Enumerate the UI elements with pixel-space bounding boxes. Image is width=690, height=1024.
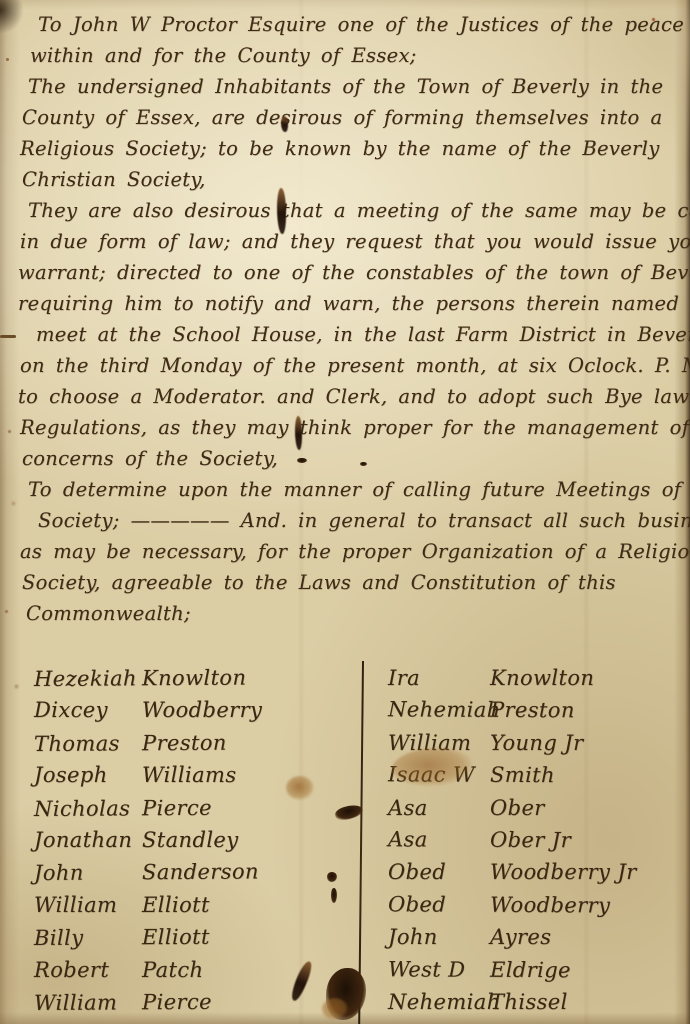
- signature-list: HezekiahKnowlton IraKnowlton DixceyWoodb…: [0, 666, 690, 1022]
- signature-last-name: Smith: [490, 763, 555, 787]
- signature-row: ThomasPreston WilliamYoung Jr: [0, 731, 690, 763]
- signature-last-name: Williams: [142, 763, 237, 787]
- signature-first-name: Thomas: [34, 731, 142, 756]
- signature-row: JohnSanderson ObedWoodberry Jr: [0, 860, 690, 892]
- signature-last-name: Patch: [142, 958, 203, 982]
- signature-first-name: Hezekiah: [34, 666, 142, 691]
- signature-first-name: Joseph: [34, 763, 142, 787]
- signature-first-name: Asa: [388, 796, 490, 820]
- document-line: Christian Society,: [0, 168, 672, 199]
- petition-text: To John W Proctor Esquire one of the Jus…: [0, 13, 672, 633]
- document-line: as may be necessary, for the proper Orga…: [0, 540, 672, 571]
- signature-first-name: Ira: [388, 666, 490, 690]
- document-line: in due form of law; and they request tha…: [0, 230, 672, 261]
- signature-last-name: Elliott: [142, 893, 210, 917]
- signature-last-name: Thissel: [490, 990, 568, 1014]
- document-line: requiring him to notify and warn, the pe…: [0, 292, 672, 323]
- signature-row: BillyElliott JohnAyres: [0, 925, 690, 957]
- signature-last-name: Knowlton: [142, 666, 247, 691]
- signature-first-name: Obed: [388, 892, 490, 917]
- signature-last-name: Preston: [490, 698, 575, 722]
- signature-first-name: William: [34, 990, 142, 1015]
- document-line: To John W Proctor Esquire one of the Jus…: [0, 13, 672, 44]
- signature-row: WilliamElliott ObedWoodberry: [0, 893, 690, 925]
- signature-first-name: Obed: [388, 860, 490, 884]
- document-line: meet at the School House, in the last Fa…: [0, 323, 672, 354]
- signature-first-name: Isaac W: [388, 762, 490, 787]
- document-line: Religious Society; to be known by the na…: [0, 137, 672, 168]
- signature-last-name: Ober Jr: [490, 828, 571, 852]
- signature-last-name: Ayres: [490, 925, 551, 949]
- document-line: Society, agreeable to the Laws and Const…: [0, 571, 672, 602]
- signature-first-name: Asa: [388, 827, 490, 852]
- document-line: The undersigned Inhabitants of the Town …: [0, 75, 672, 106]
- signature-row: NicholasPierce AsaOber: [0, 796, 690, 828]
- signature-first-name: Nehemiah: [388, 990, 490, 1014]
- signature-last-name: Sanderson: [142, 860, 259, 885]
- document-line: County of Essex, are desirous of forming…: [0, 106, 672, 137]
- signature-first-name: West D: [388, 957, 490, 982]
- signature-last-name: Young Jr: [490, 731, 584, 755]
- signature-row: WilliamPierce NehemiahThissel: [0, 990, 690, 1022]
- signature-last-name: Woodberry: [490, 893, 610, 918]
- signature-first-name: William: [34, 893, 142, 917]
- signature-row: RobertPatch West DEldrige: [0, 958, 690, 990]
- signature-last-name: Pierce: [142, 795, 212, 819]
- signature-first-name: Jonathan: [34, 828, 142, 852]
- signature-first-name: John: [388, 925, 490, 949]
- signature-first-name: Billy: [34, 925, 142, 950]
- signature-last-name: Woodberry: [142, 698, 262, 722]
- signature-row: HezekiahKnowlton IraKnowlton: [0, 666, 690, 698]
- document-line: To determine upon the manner of calling …: [0, 478, 672, 509]
- document-line: to choose a Moderator. and Clerk, and to…: [0, 385, 672, 416]
- signature-first-name: John: [34, 861, 142, 886]
- document-line: Regulations, as they may think proper fo…: [0, 416, 672, 447]
- signature-first-name: Dixcey: [34, 698, 142, 722]
- signature-last-name: Standley: [142, 828, 239, 852]
- document-line: warrant; directed to one of the constabl…: [0, 261, 672, 292]
- signature-last-name: Pierce: [142, 990, 212, 1014]
- document-line: on the third Monday of the present month…: [0, 354, 672, 385]
- signature-last-name: Ober: [490, 796, 545, 820]
- signature-last-name: Eldrige: [490, 957, 571, 981]
- signature-first-name: Nehemiah: [388, 698, 490, 723]
- signature-first-name: William: [388, 731, 490, 755]
- document-line: They are also desirous that a meeting of…: [0, 199, 672, 230]
- document-line: Commonwealth;: [0, 602, 672, 633]
- signature-last-name: Knowlton: [490, 666, 594, 690]
- signature-first-name: Nicholas: [34, 796, 142, 821]
- signature-row: JonathanStandley AsaOber Jr: [0, 828, 690, 860]
- signature-last-name: Elliott: [142, 925, 210, 949]
- signature-last-name: Woodberry Jr: [490, 860, 637, 884]
- document-line: within and for the County of Essex;: [0, 44, 672, 75]
- signature-row: JosephWilliams Isaac WSmith: [0, 763, 690, 795]
- signature-row: DixceyWoodberry NehemiahPreston: [0, 698, 690, 730]
- signature-first-name: Robert: [34, 958, 142, 982]
- signature-last-name: Preston: [142, 730, 227, 755]
- document-line: concerns of the Society,: [0, 447, 672, 478]
- document-line: Society; ————— And. in general to transa…: [0, 509, 672, 540]
- scanned-petition-page: To John W Proctor Esquire one of the Jus…: [0, 0, 690, 1024]
